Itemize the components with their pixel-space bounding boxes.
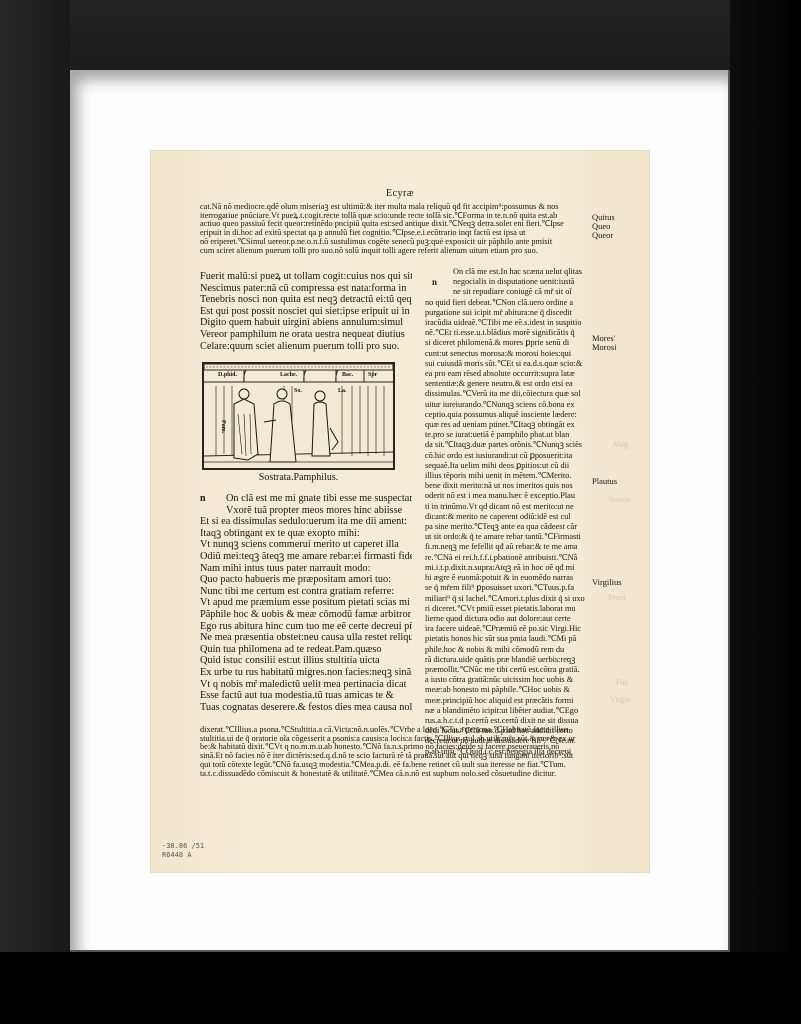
commentary-line: nẽ.℃Et ti.esse.u.t.blãdius morẽ signific… <box>425 328 597 338</box>
commentary-line: næ a blandimẽto icipit:ut libẽter audiat… <box>425 706 597 716</box>
commentary-line: sententiæ:& genere neutro.& est ordo ets… <box>425 379 597 389</box>
commentary-line: sui cuiusdã moris sũt.℃Et si ea.d.s.quæ … <box>425 359 597 369</box>
margin-note: Morosi <box>592 343 617 352</box>
show-through-note: Virgin <box>610 695 630 704</box>
woodcut-scene-icon <box>204 364 393 468</box>
pencil-annotation: ·38.86 /51 R6448 A <box>162 842 204 860</box>
commentary-line: ea pro eam rẽsed absolute occurrit:supra… <box>425 369 597 379</box>
commentary-line: ri diceret.℃Vt pmiũ esset pietatis.labor… <box>425 604 597 614</box>
commentary-line: rã dictura.uide quãtis præ blandiẽ uerbi… <box>425 655 597 665</box>
verse-line: Vereor pamphilum ne orata uestra nequeat… <box>200 329 412 341</box>
commentary-line: purgatione sui icipit mr̃ abitura:ne q̃ … <box>425 308 597 318</box>
woodcut-label: Sp̃r <box>368 372 377 378</box>
verse-line: Quin tua philomena ad te redeat.Pam.quæs… <box>200 644 412 656</box>
margin-note: Plautus <box>592 477 617 486</box>
commentary-line: ceptio.quia possumus aliquẽ insciente læ… <box>425 410 597 420</box>
commentary-line: pietatis honos hic sũt sua pmia laudi.℃M… <box>425 634 597 644</box>
verse-line: Tuas cognatas deserere.& festos dies mea… <box>200 702 412 714</box>
commentary-line: præmollit.℃Nũc me tibi certũ est.cõtra g… <box>425 665 597 675</box>
commentary-line: ta.t.c.dissuadẽdo cõmiscuit & honestatẽ … <box>200 770 595 779</box>
commentary-line: mi.i.t.p.dixit.n.supra:Atqꝫ eã in hoc oẽ… <box>425 563 597 573</box>
running-head: Ecyræ <box>150 188 650 199</box>
verse-block-bottom: On clã est me mi gnate tibi esse me susp… <box>200 493 412 713</box>
verse-line: Digito quem habuit uirgini abiens annulu… <box>200 317 412 329</box>
verse-line: Nescimus pater:nã cũ compressa est nata:… <box>200 283 412 295</box>
verse-line: Esse factũ aut tua modestia.tũ tuas amic… <box>200 690 412 702</box>
commentary-line: ti in trinũmo.Vt qd dicant nõ est merito… <box>425 502 597 512</box>
verse-line: Vt q nobis mr̃ maledictũ uelit mea perti… <box>200 679 412 691</box>
verse-line: Quo pacto habueris me præpositam amori t… <box>200 574 412 586</box>
commentary-line: lierne quod dictura odio aut dolore:aut … <box>425 614 597 624</box>
scene-caption: Sostrata.Pamphilus. <box>202 472 395 483</box>
verse-line: Ego rus abitura hinc cum tuo me eẽ certe… <box>200 621 412 633</box>
woodcut-label: Pam. <box>220 420 226 433</box>
commentary-line: a iusto cõtra gratiã:nũc uicissim hoc uo… <box>425 675 597 685</box>
catalog-reference: R6448 A <box>162 851 204 860</box>
commentary-line: hi ægre ẽ euomã:potuit & in euomẽdo narr… <box>425 573 597 583</box>
frame-left-rail <box>0 0 70 1024</box>
verse-line: Fuerit malũ:si pueꝝ ut tollam cogit:cuiu… <box>200 271 412 283</box>
woodcut-illustration: D.phid. Lache. Bac. Sp̃r So. La. Pam. <box>202 362 395 470</box>
verse-line: Vxorẽ tuã propter meos mores hinc abiiss… <box>200 505 412 517</box>
commentary-line: miliari⁹ q̃ si lachel.℃Amori.t.plus dixi… <box>425 594 597 604</box>
verse-line: On clã est me mi gnate tibi esse me susp… <box>200 493 412 505</box>
verse-line: Odiũ mei:teqꝫ ãteqꝫ me amare rebar:ei fi… <box>200 551 412 563</box>
show-through-note: Fus <box>616 678 628 687</box>
commentary-line: ira facere uideaẽ.℃Præmiũ eẽ po.sic Virg… <box>425 624 597 634</box>
commentary-line: negocialis in disputatione uenit:iustã <box>425 277 597 287</box>
verse-line: Vt nunqꝫ sciens commerui merito ut caper… <box>200 539 412 551</box>
margin-note: Queor <box>592 231 613 240</box>
verse-line: Quid istuc consilii est:ut illius stulti… <box>200 655 412 667</box>
verse-line: Est qui post possit nosciet qui siet:ips… <box>200 306 412 318</box>
commentary-line: illius tẽporis mihi uenit in mẽtem.℃Meri… <box>425 471 597 481</box>
commentary-line: dissimulas.℃Verũ ita me dii,cõiectura qu… <box>425 389 597 399</box>
commentary-line: oderit nõ est i mea manu.hæc ẽ exceptio.… <box>425 491 597 501</box>
margin-note: Virgilius <box>592 578 622 587</box>
frame-bottom-rail <box>0 952 801 1024</box>
commentary-line: cõ.hic ordo est iusiurandi:ut cũ ꝑposuer… <box>425 451 597 461</box>
verse-line: Pãphile hoc & uobis & meæ cõmodũ famæ ar… <box>200 609 412 621</box>
frame-top-rail <box>0 0 801 70</box>
commentary-line: meæ:ab honesto mi pãphile.℃Hoc uobis & <box>425 685 597 695</box>
bottom-commentary: dixerat.℃Illius.a psona.℃Stultitia.a cã.… <box>200 726 595 778</box>
woodcut-label: La. <box>338 388 347 394</box>
frame-right-rail <box>730 0 801 1024</box>
commentary-line: quæ res ad ueniam ptinet.℃Itaqꝫ obtingãt… <box>425 420 597 430</box>
commentary-line: se q̃ mr̃em fili⁹ ꝑposuisset uxori.℃Tuus… <box>425 583 597 593</box>
woodcut-label: Bac. <box>342 372 353 378</box>
commentary-line: rus.a.h.c.t.d p.certũ est.certũ dixit ne… <box>425 716 597 726</box>
woodcut-label: D.phid. <box>218 372 237 378</box>
commentary-line: bene dixit merito:nã ut nos imeritos qui… <box>425 481 597 491</box>
woodcut-label: Lache. <box>280 372 297 378</box>
printed-page: Ecyræ cat.Nã nõ mediocre.qdẽ oĩum miseri… <box>150 150 650 873</box>
commentary-line: no quid fieri debeat.℃Non clã.uero ordin… <box>425 298 597 308</box>
commentary-line: te.pro se iurat:uetiã ẽ pamphilo pbat.ut… <box>425 430 597 440</box>
commentary-line: si diceret philomenã.& mores ꝑprie senũ … <box>425 338 597 348</box>
woodcut-label: So. <box>294 388 302 394</box>
verse-line: Ne mea præsentia obstet:neu causa ulla r… <box>200 632 412 644</box>
commentary-line: re.℃Nã ei rei.h.f.f.i.pbationẽ attribuis… <box>425 553 597 563</box>
verse-block-top: Fuerit malũ:si pueꝝ ut tollam cogit:cuiu… <box>200 271 412 352</box>
show-through-note: Provi <box>608 593 625 602</box>
verse-line: Ex urbe tu rus habitatũ migres.non facie… <box>200 667 412 679</box>
show-through-note: Nomin <box>608 495 630 504</box>
commentary-line: da sit.℃Itaqꝫ.duæ partes orõnis.℃Nunqꝫ s… <box>425 440 597 450</box>
verse-line: Et si ea dissimulas sedulo:uerum ita me … <box>200 516 412 528</box>
verse-line: Nunc tibi me certum est contra gratiam r… <box>200 586 412 598</box>
commentary-line: fi.m.neqꝫ me fefellit qđ aũ rebar:& te m… <box>425 542 597 552</box>
commentary-line: ne sit repudiare coniugẽ cã mr̃ sit oĩ <box>425 287 597 297</box>
commentary-line: sequaẽ.Ita uelim mihi deos ꝑpitios:ut cũ… <box>425 461 597 471</box>
top-commentary: cat.Nã nõ mediocre.qdẽ oĩum miseriaꝫ est… <box>200 203 595 255</box>
commentary-line: phile.hoc & nobis & mihi cõmodũ rem du <box>425 645 597 655</box>
verse-line: Itaqꝫ obtingant ex te quæ exopto mihi: <box>200 528 412 540</box>
commentary-line: iracũdia uideaẽ.℃Tibi me eẽ.s.idest in s… <box>425 318 597 328</box>
commentary-line: dicant:& merito ne caperent odiũ:idẽ est… <box>425 512 597 522</box>
verse-line: Nam mihi intus tuus pater narrauit modo: <box>200 563 412 575</box>
commentary-line: uitur iureiurando.℃Nunqꝫ sciens cõ.bona … <box>425 400 597 410</box>
commentary-line: cum sciret alienum puerum tolli pro suo.… <box>200 247 595 256</box>
commentary-line: meæ.principiũ hoc aliquid est præcãtis f… <box>425 696 597 706</box>
verse-line: Celare:quum sciet alienum puerum tolli p… <box>200 341 412 353</box>
commentary-line: On clã me est.In hac scæna uelut qlitas <box>425 267 597 277</box>
commentary-line: cunt:ut senectus morosa:& morosi hoies:q… <box>425 349 597 359</box>
right-commentary: On clã me est.In hac scæna uelut qlitas … <box>425 267 597 757</box>
show-through-note: Abig <box>612 440 628 449</box>
verse-line: Tenebris nosci non quita est neqꝫ detrac… <box>200 294 412 306</box>
commentary-line: pa sine merito.℃Teqꝫ ante ea qua cãdeest… <box>425 522 597 532</box>
verse-line: Vt apud me præmium esse positum pietati … <box>200 597 412 609</box>
accession-number: ·38.86 /51 <box>162 842 204 851</box>
commentary-line: ut sit ordo:& q̃ te amare rebar tantũ.℃F… <box>425 532 597 542</box>
